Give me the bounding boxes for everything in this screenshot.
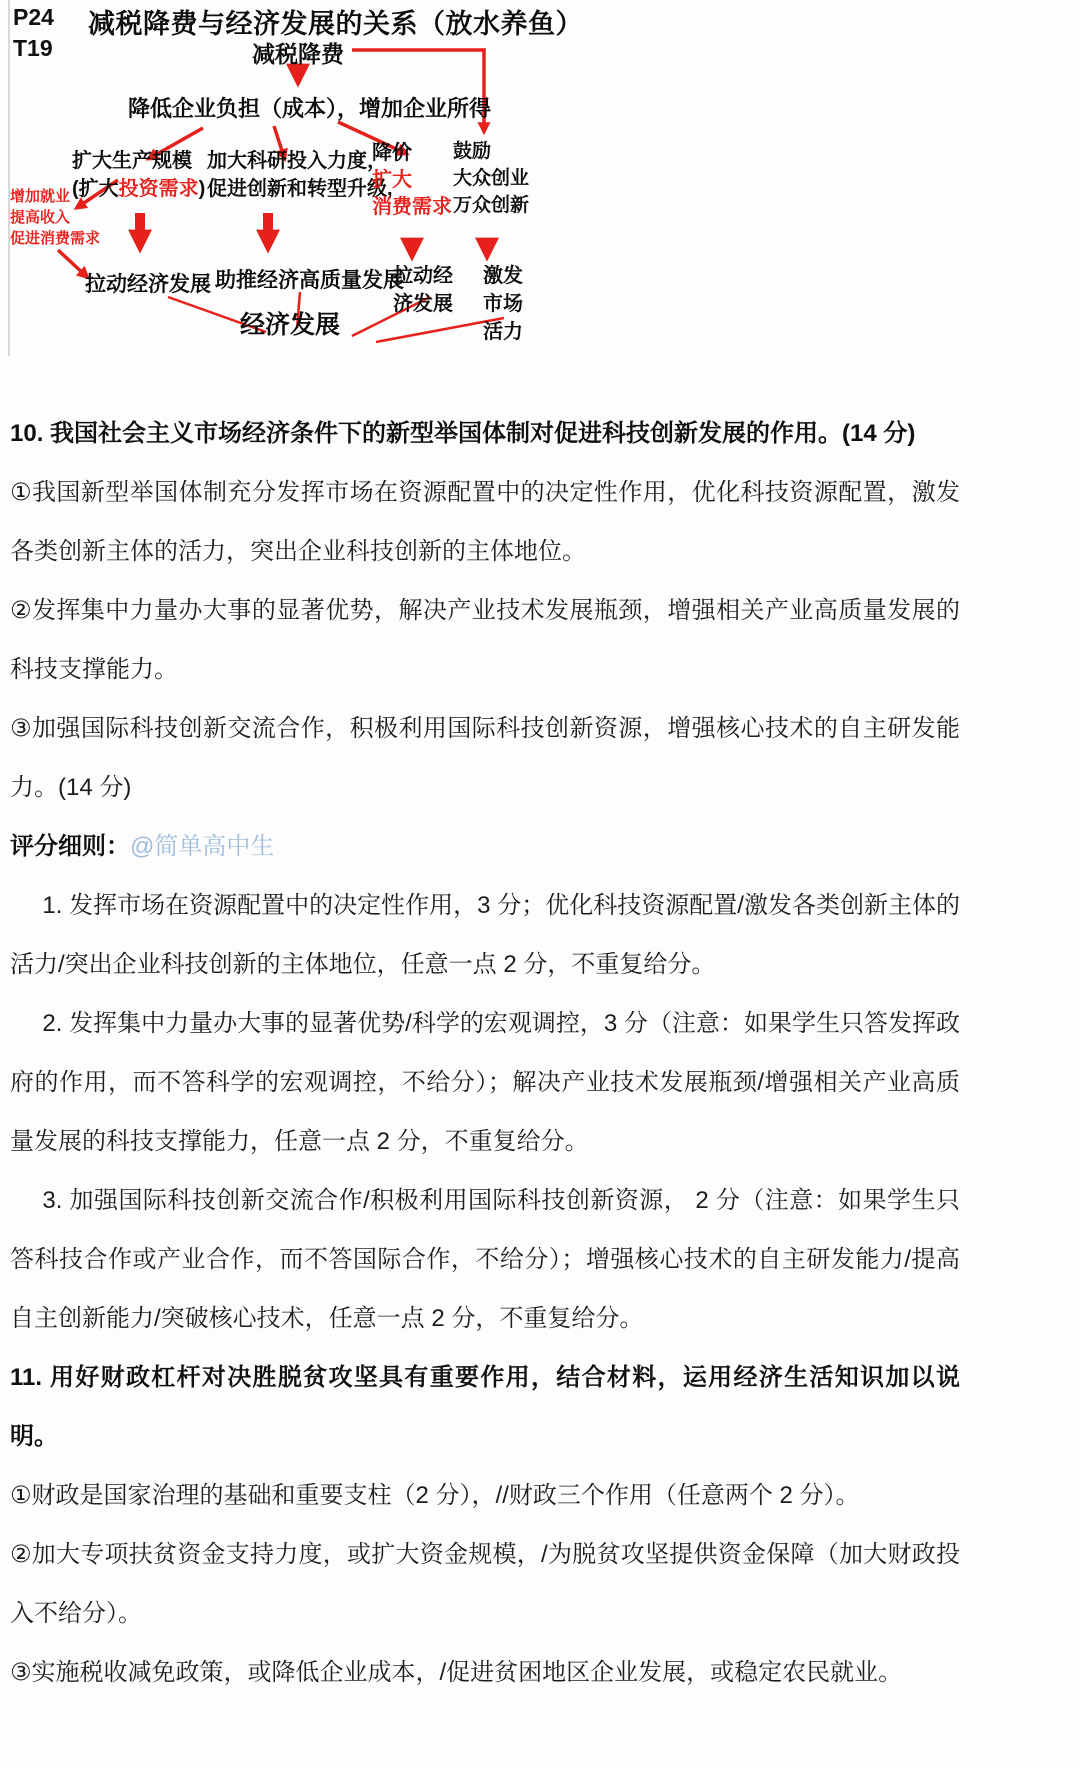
node-drive-economy-2: 拉动经 济发展 xyxy=(393,262,453,318)
investment-demand-red-text: 投资需求 xyxy=(119,178,199,200)
node-lower-price: 降价 扩大 消费需求 xyxy=(372,140,452,221)
consumption-demand-red-text-2: 消费需求 xyxy=(372,194,452,221)
scoring-item-2: 2. 发挥集中力量办大事的显著优势/科学的宏观调控，3 分（注意：如果学生只答发… xyxy=(10,994,960,1171)
consumption-demand-red-text-1: 扩大 xyxy=(372,167,452,194)
q10-answer-point-1: ①我国新型举国体制充分发挥市场在资源配置中的决定性作用，优化科技资源配置，激发各… xyxy=(10,463,960,581)
expand-production-line1: 扩大生产规模 xyxy=(72,147,205,175)
page: { "corner": { "line1": "P24", "line2": "… xyxy=(0,0,1080,1767)
author-mention-link[interactable]: @简单高中生 xyxy=(130,833,274,860)
question-11-title: 11. 用好财政杠杆对决胜脱贫攻坚具有重要作用，结合材料，运用经济生活知识加以说… xyxy=(10,1348,960,1466)
node-economic-development: 经济发展 xyxy=(240,305,340,341)
node-increase-research: 加大科研投入力度， 促进创新和转型升级, xyxy=(207,147,393,203)
scoring-rubric-line: 评分细则：@简单高中生 xyxy=(10,817,960,876)
node-tax-reduction: 减税降费 xyxy=(252,36,344,69)
scoring-rubric-label: 评分细则： xyxy=(10,833,130,860)
node-market-vitality: 激发 市场 活力 xyxy=(483,262,523,346)
node-high-quality-development: 助推经济高质量发展 xyxy=(215,264,404,294)
node-drive-economy-1: 拉动经济发展 xyxy=(85,268,211,298)
node-side-note-employment: 增加就业 提高收入 促进消费需求 xyxy=(10,186,100,249)
node-lower-burden: 降低企业负担（成本），增加企业所得 xyxy=(128,92,491,123)
q11-answer-point-3: ③实施税收减免政策，或降低企业成本，/促进贫困地区企业发展，或稳定农民就业。 xyxy=(10,1643,960,1702)
answer-document: 10. 我国社会主义市场经济条件下的新型举国体制对促进科技创新发展的作用。(14… xyxy=(0,368,1080,1712)
arrow-sidenote-to-drive1 xyxy=(58,250,86,276)
scoring-item-1: 1. 发挥市场在资源配置中的决定性作用，3 分；优化科技资源配置/激发各类创新主… xyxy=(10,876,960,994)
scoring-item-3: 3. 加强国际科技创新交流合作/积极利用国际科技创新资源， 2 分（注意：如果学… xyxy=(10,1171,960,1348)
flowchart-tax-reduction: P24 T19 减税降费与经济发展的关系（放水养鱼） 减税降费 xyxy=(0,0,1080,368)
node-encourage-entrepreneurship: 鼓励 大众创业 万众创新 xyxy=(453,138,529,219)
q11-answer-point-1: ①财政是国家治理的基础和重要支柱（2 分），//财政三个作用（任意两个 2 分）… xyxy=(10,1466,960,1525)
q10-answer-point-2: ②发挥集中力量办大事的显著优势，解决产业技术发展瓶颈，增强相关产业高质量发展的科… xyxy=(10,581,960,699)
question-10-title: 10. 我国社会主义市场经济条件下的新型举国体制对促进科技创新发展的作用。(14… xyxy=(10,404,960,463)
q11-answer-point-2: ②加大专项扶贫资金支持力度，或扩大资金规模，/为脱贫攻坚提供资金保障（加大财政投… xyxy=(10,1525,960,1643)
q10-answer-point-3: ③加强国际科技创新交流合作，积极利用国际科技创新资源，增强核心技术的自主研发能力… xyxy=(10,699,960,817)
